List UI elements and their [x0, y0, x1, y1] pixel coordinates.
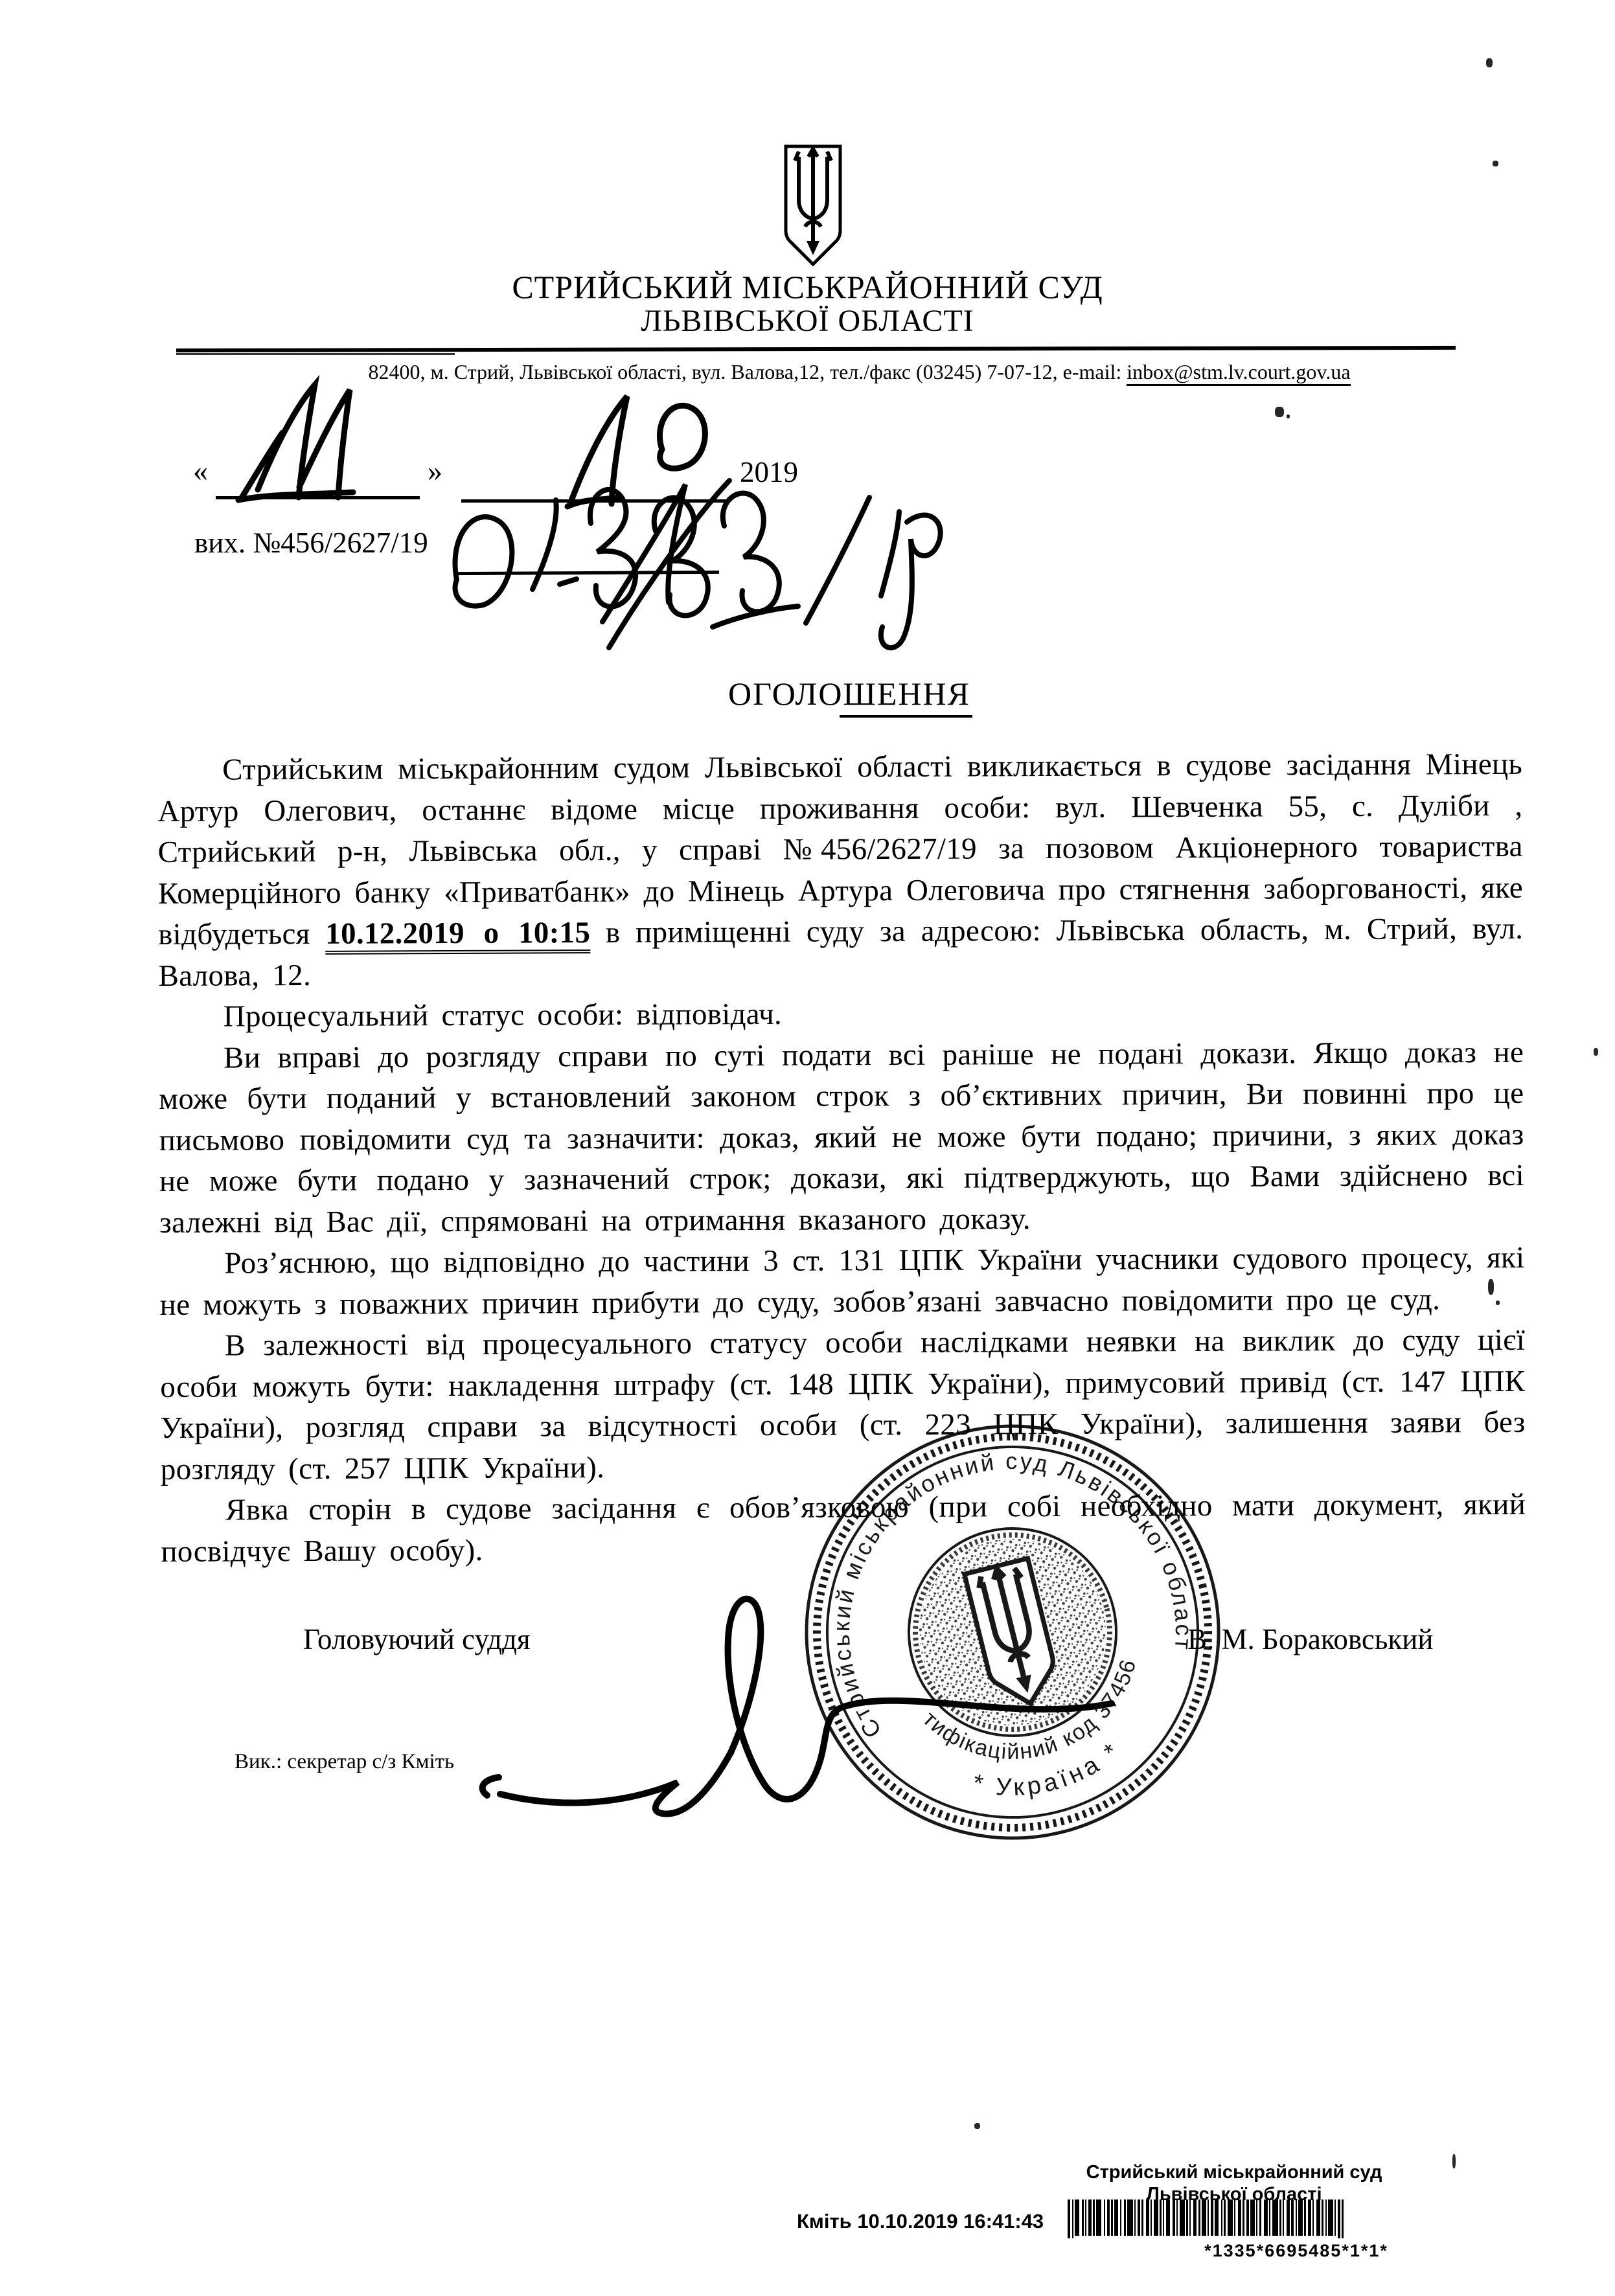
court-address: 82400, м. Стрий, Львівської області, вул… [368, 360, 1127, 383]
scanned-court-document: СТРИЙСЬКИЙ МІСЬКРАЙОННИЙ СУД ЛЬВІВСЬКОЇ … [0, 0, 1615, 2296]
paragraph-status: Процесуальний статус особи: відповідач. [159, 991, 1524, 1038]
scan-speck [1275, 407, 1284, 417]
handwritten-month [567, 396, 705, 506]
barcode [1068, 2199, 1525, 2240]
scan-speck [1488, 1279, 1494, 1295]
ukraine-trident-icon [781, 142, 845, 269]
court-email: inbox@stm.lv.court.gov.ua [1127, 360, 1350, 386]
scan-speck [1287, 415, 1290, 418]
scan-speck [1493, 161, 1498, 166]
scan-speck [974, 2123, 980, 2129]
footer-registration-info: Кміть 10.10.2019 16:41:43 [797, 2210, 1044, 2233]
scan-speck [1452, 2154, 1456, 2168]
header-divider-echo [176, 353, 455, 355]
date-month-underline [461, 499, 726, 503]
date-year: 2019 [740, 455, 798, 489]
handwritten-day [238, 385, 353, 500]
reference-underline [453, 571, 719, 575]
trident-point [807, 241, 819, 255]
scan-speck [1486, 58, 1493, 67]
title-underline [840, 715, 972, 718]
date-quote-open: « [193, 453, 208, 488]
date-quote-close: » [428, 453, 442, 488]
header-divider [176, 346, 1456, 352]
court-name-line2: ЛЬВІВСЬКОЇ ОБЛАСТІ [0, 303, 1615, 339]
paragraph-cpc131: Роз’яснюю, що відповідно до частини 3 ст… [159, 1238, 1525, 1326]
hearing-datetime: 10.12.2019 о 10:15 [325, 916, 590, 955]
footer-court-line1: Стрийський міськрайонний суд [910, 2162, 1558, 2183]
paragraph-evidence: Ви вправі до розгляду справи по суті под… [159, 1032, 1524, 1244]
judge-title: Головуючий суддя [303, 1622, 531, 1656]
handwritten-reference-number [455, 481, 941, 648]
scan-speck [1496, 1301, 1500, 1305]
date-day-underline [216, 496, 420, 499]
document-title: ОГОЛОШЕННЯ [201, 675, 1497, 712]
scan-speck [1594, 1048, 1598, 1056]
court-name-line1: СТРИЙСЬКИЙ МІСЬКРАЙОННИЙ СУД [0, 268, 1615, 306]
court-address-line: 82400, м. Стрий, Львівської області, вул… [104, 360, 1615, 384]
outgoing-number: вих. №456/2627/19 [194, 526, 428, 560]
court-seal-stamp: Стрийський міськрайонний суд Львівської … [799, 1418, 1226, 1846]
executor-line: Вик.: секретар с/з Кміть [235, 1750, 454, 1774]
barcode-label: *1335*6695485*1*1* [1068, 2241, 1525, 2261]
paragraph-summons: Стрийським міськрайонним судом Львівсько… [157, 744, 1524, 997]
